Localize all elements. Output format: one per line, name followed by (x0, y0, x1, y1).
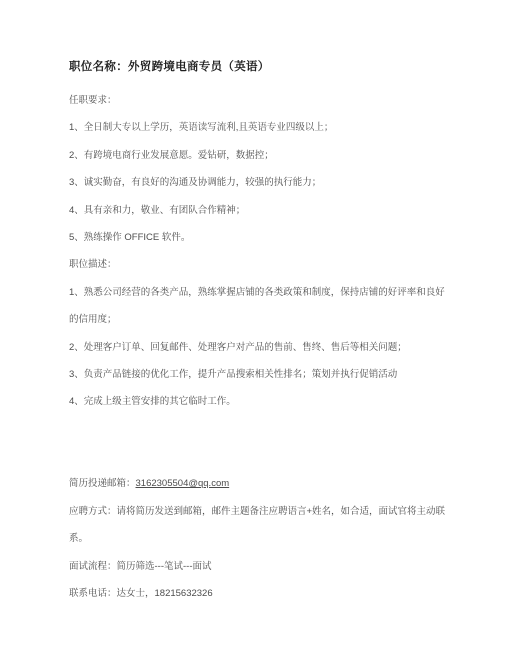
job-posting-page: 职位名称：外贸跨境电商专员（英语） 任职要求： 1、全日制大专以上学历，英语读写… (0, 0, 508, 646)
spacer-line (69, 416, 453, 443)
requirement-item-4: 4、具有亲和力，敬业、有团队合作精神； (69, 197, 453, 224)
requirements-heading: 任职要求： (69, 87, 453, 114)
document-body: 任职要求： 1、全日制大专以上学历，英语读写流利,且英语专业四级以上； 2、有跨… (69, 87, 453, 607)
description-heading: 职位描述： (69, 251, 453, 278)
apply-method-line-1: 应聘方式：请将简历发送到邮箱，邮件主题备注应聘语言+姓名，如合适，面试官将主动联 (69, 498, 453, 525)
description-item-1-line-2: 的信用度； (69, 306, 453, 333)
interview-process-line: 面试流程：简历筛选---笔试---面试 (69, 553, 453, 580)
page-title: 职位名称：外贸跨境电商专员（英语） (69, 61, 270, 74)
requirement-item-3: 3、诚实勤奋，有良好的沟通及协调能力，较强的执行能力； (69, 169, 453, 196)
resume-email-line: 简历投递邮箱：3162305504@qq.com (69, 470, 453, 497)
requirement-item-1: 1、全日制大专以上学历，英语读写流利,且英语专业四级以上； (69, 114, 453, 141)
apply-method-line-2: 系。 (69, 525, 453, 552)
resume-email-label: 简历投递邮箱： (69, 478, 136, 489)
description-item-1-line-1: 1、熟悉公司经营的各类产品，熟练掌握店铺的各类政策和制度，保持店铺的好评率和良好 (69, 279, 453, 306)
requirement-item-2: 2、有跨境电商行业发展意愿。爱钻研，数据控； (69, 142, 453, 169)
requirement-item-5: 5、熟练操作 OFFICE 软件。 (69, 224, 453, 251)
description-item-2: 2、处理客户订单、回复邮件、处理客户对产品的售前、售终、售后等相关问题； (69, 334, 453, 361)
spacer-line (69, 443, 453, 470)
contact-phone-line: 联系电话：达女士，18215632326 (69, 580, 453, 607)
description-item-4: 4、完成上级主管安排的其它临时工作。 (69, 388, 453, 415)
description-item-3: 3、负责产品链接的优化工作，提升产品搜索相关性排名；策划并执行促销活动 (69, 361, 453, 388)
email-link[interactable]: 3162305504@qq.com (136, 478, 230, 489)
